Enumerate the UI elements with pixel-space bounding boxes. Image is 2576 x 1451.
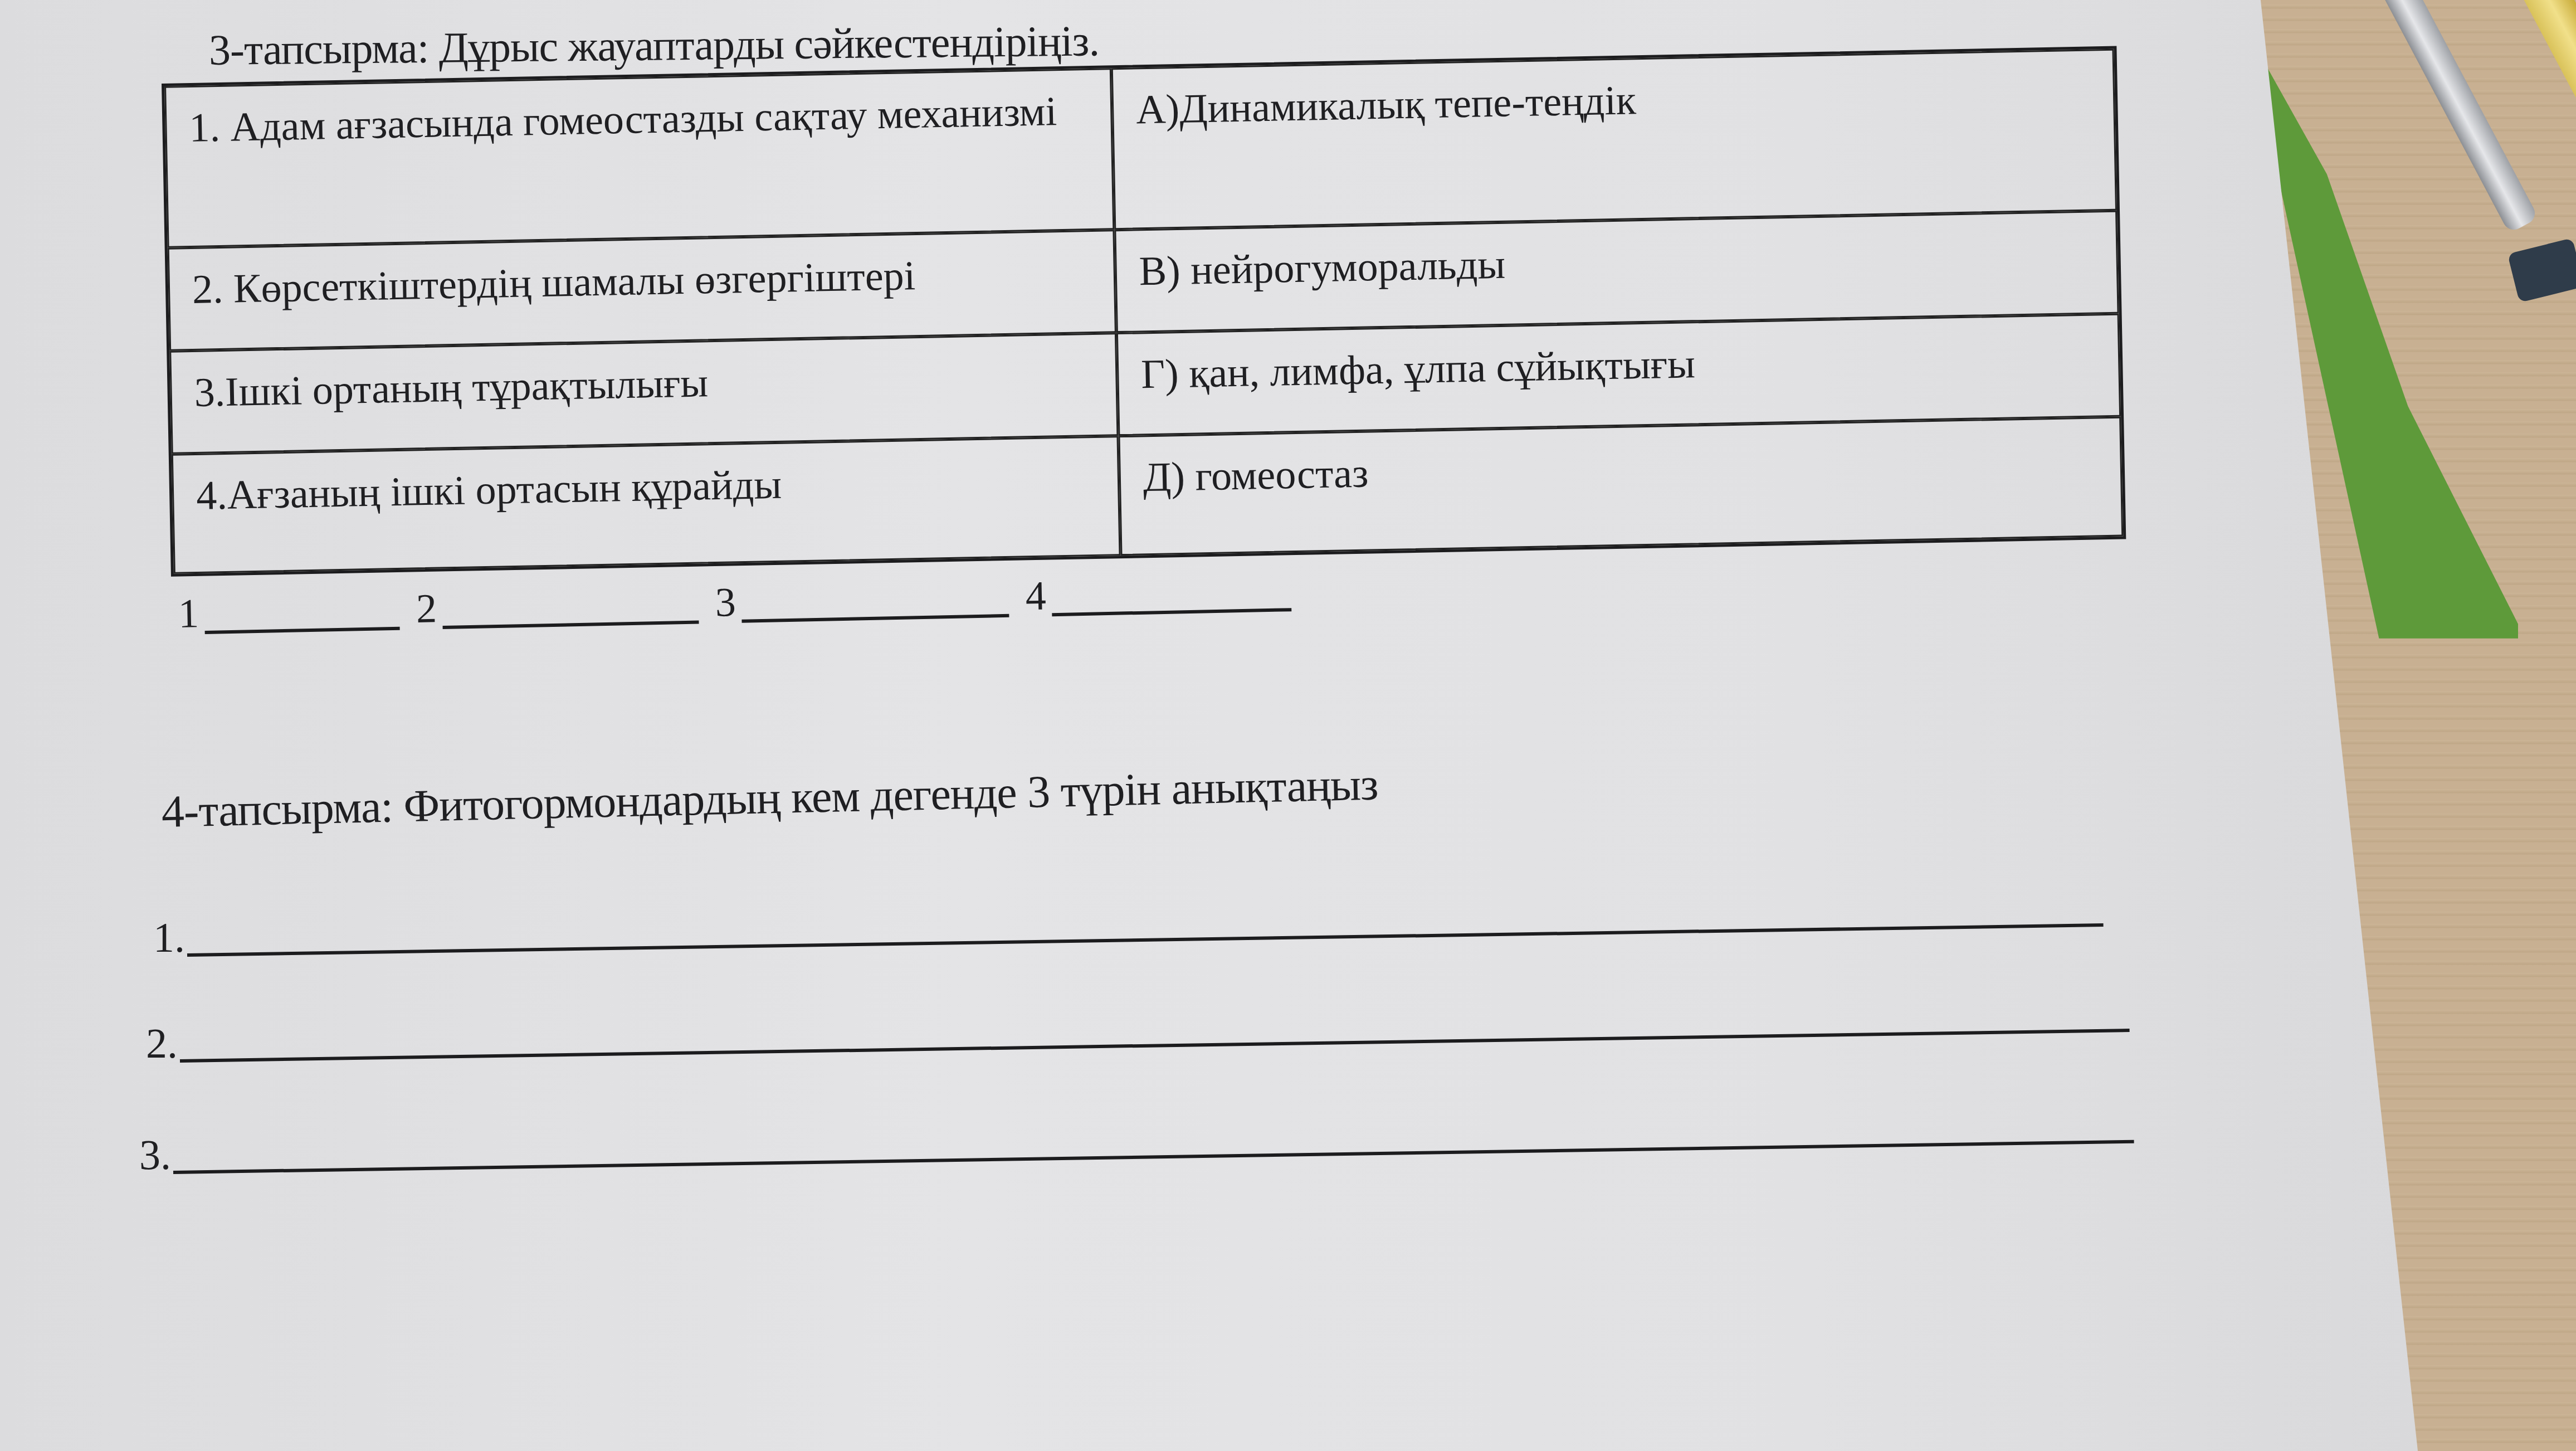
matching-table: 1. Адам ағзасында гомеостазды сақтау мех… [162,46,2126,577]
answer-blank-line[interactable] [205,627,400,634]
answer-line-label: 2. [146,1020,178,1068]
answer-blank-2[interactable]: 2 [416,580,699,633]
answer-blank-line[interactable] [741,614,1009,623]
answer-line-rule[interactable] [173,1140,2134,1174]
table-cell-right-1: А)Динамикалық тепе-теңдік [1111,49,2117,230]
answer-line-rule[interactable] [180,1029,2130,1063]
answer-line-rule[interactable] [187,923,2104,957]
task3-answer-blanks: 1 2 3 4 [178,567,1291,638]
table-cell-right-4: Д) гомеостаз [1118,417,2123,556]
answer-blank-label: 4 [1025,572,1047,620]
answer-line-label: 1. [153,914,185,962]
answer-blank-label: 2 [416,585,437,633]
table-cell-right-2: В) нейрогуморальды [1114,211,2119,333]
task4-title: 4-тапсырма: Фитогормондардың кем дегенде… [161,758,1378,838]
answer-blank-4[interactable]: 4 [1025,567,1292,620]
answer-blank-label: 3 [715,579,736,627]
answer-line-2[interactable]: 2. [146,1020,2130,1068]
table-cell-left-3: 3.Ішкі ортаның тұрақтылығы [169,333,1118,454]
answer-blank-label: 1 [178,590,199,638]
answer-line-1[interactable]: 1. [153,914,2104,962]
answer-line-3[interactable]: 3. [139,1131,2134,1180]
answer-line-label: 3. [139,1131,171,1180]
answer-blank-1[interactable]: 1 [178,586,400,638]
table-cell-right-3: Г) қан, лимфа, ұлпа сұйықтығы [1116,314,2121,436]
table-cell-left-2: 2. Көрсеткіштердің шамалы өзгергіштері [168,230,1116,351]
answer-blank-3[interactable]: 3 [715,573,1009,627]
task3-title: 3-тапсырма: Дұрыс жауаптарды сәйкестенді… [209,16,1100,75]
table-cell-left-4: 4.Ағзаның ішкі ортасын құрайды [172,436,1121,574]
table-cell-left-1: 1. Адам ағзасында гомеостазды сақтау мех… [164,68,1114,248]
answer-blank-line[interactable] [1052,608,1291,616]
worksheet-page: 3-тапсырма: Дұрыс жауаптарды сәйкестенді… [0,0,2418,1451]
answer-blank-line[interactable] [443,620,699,629]
